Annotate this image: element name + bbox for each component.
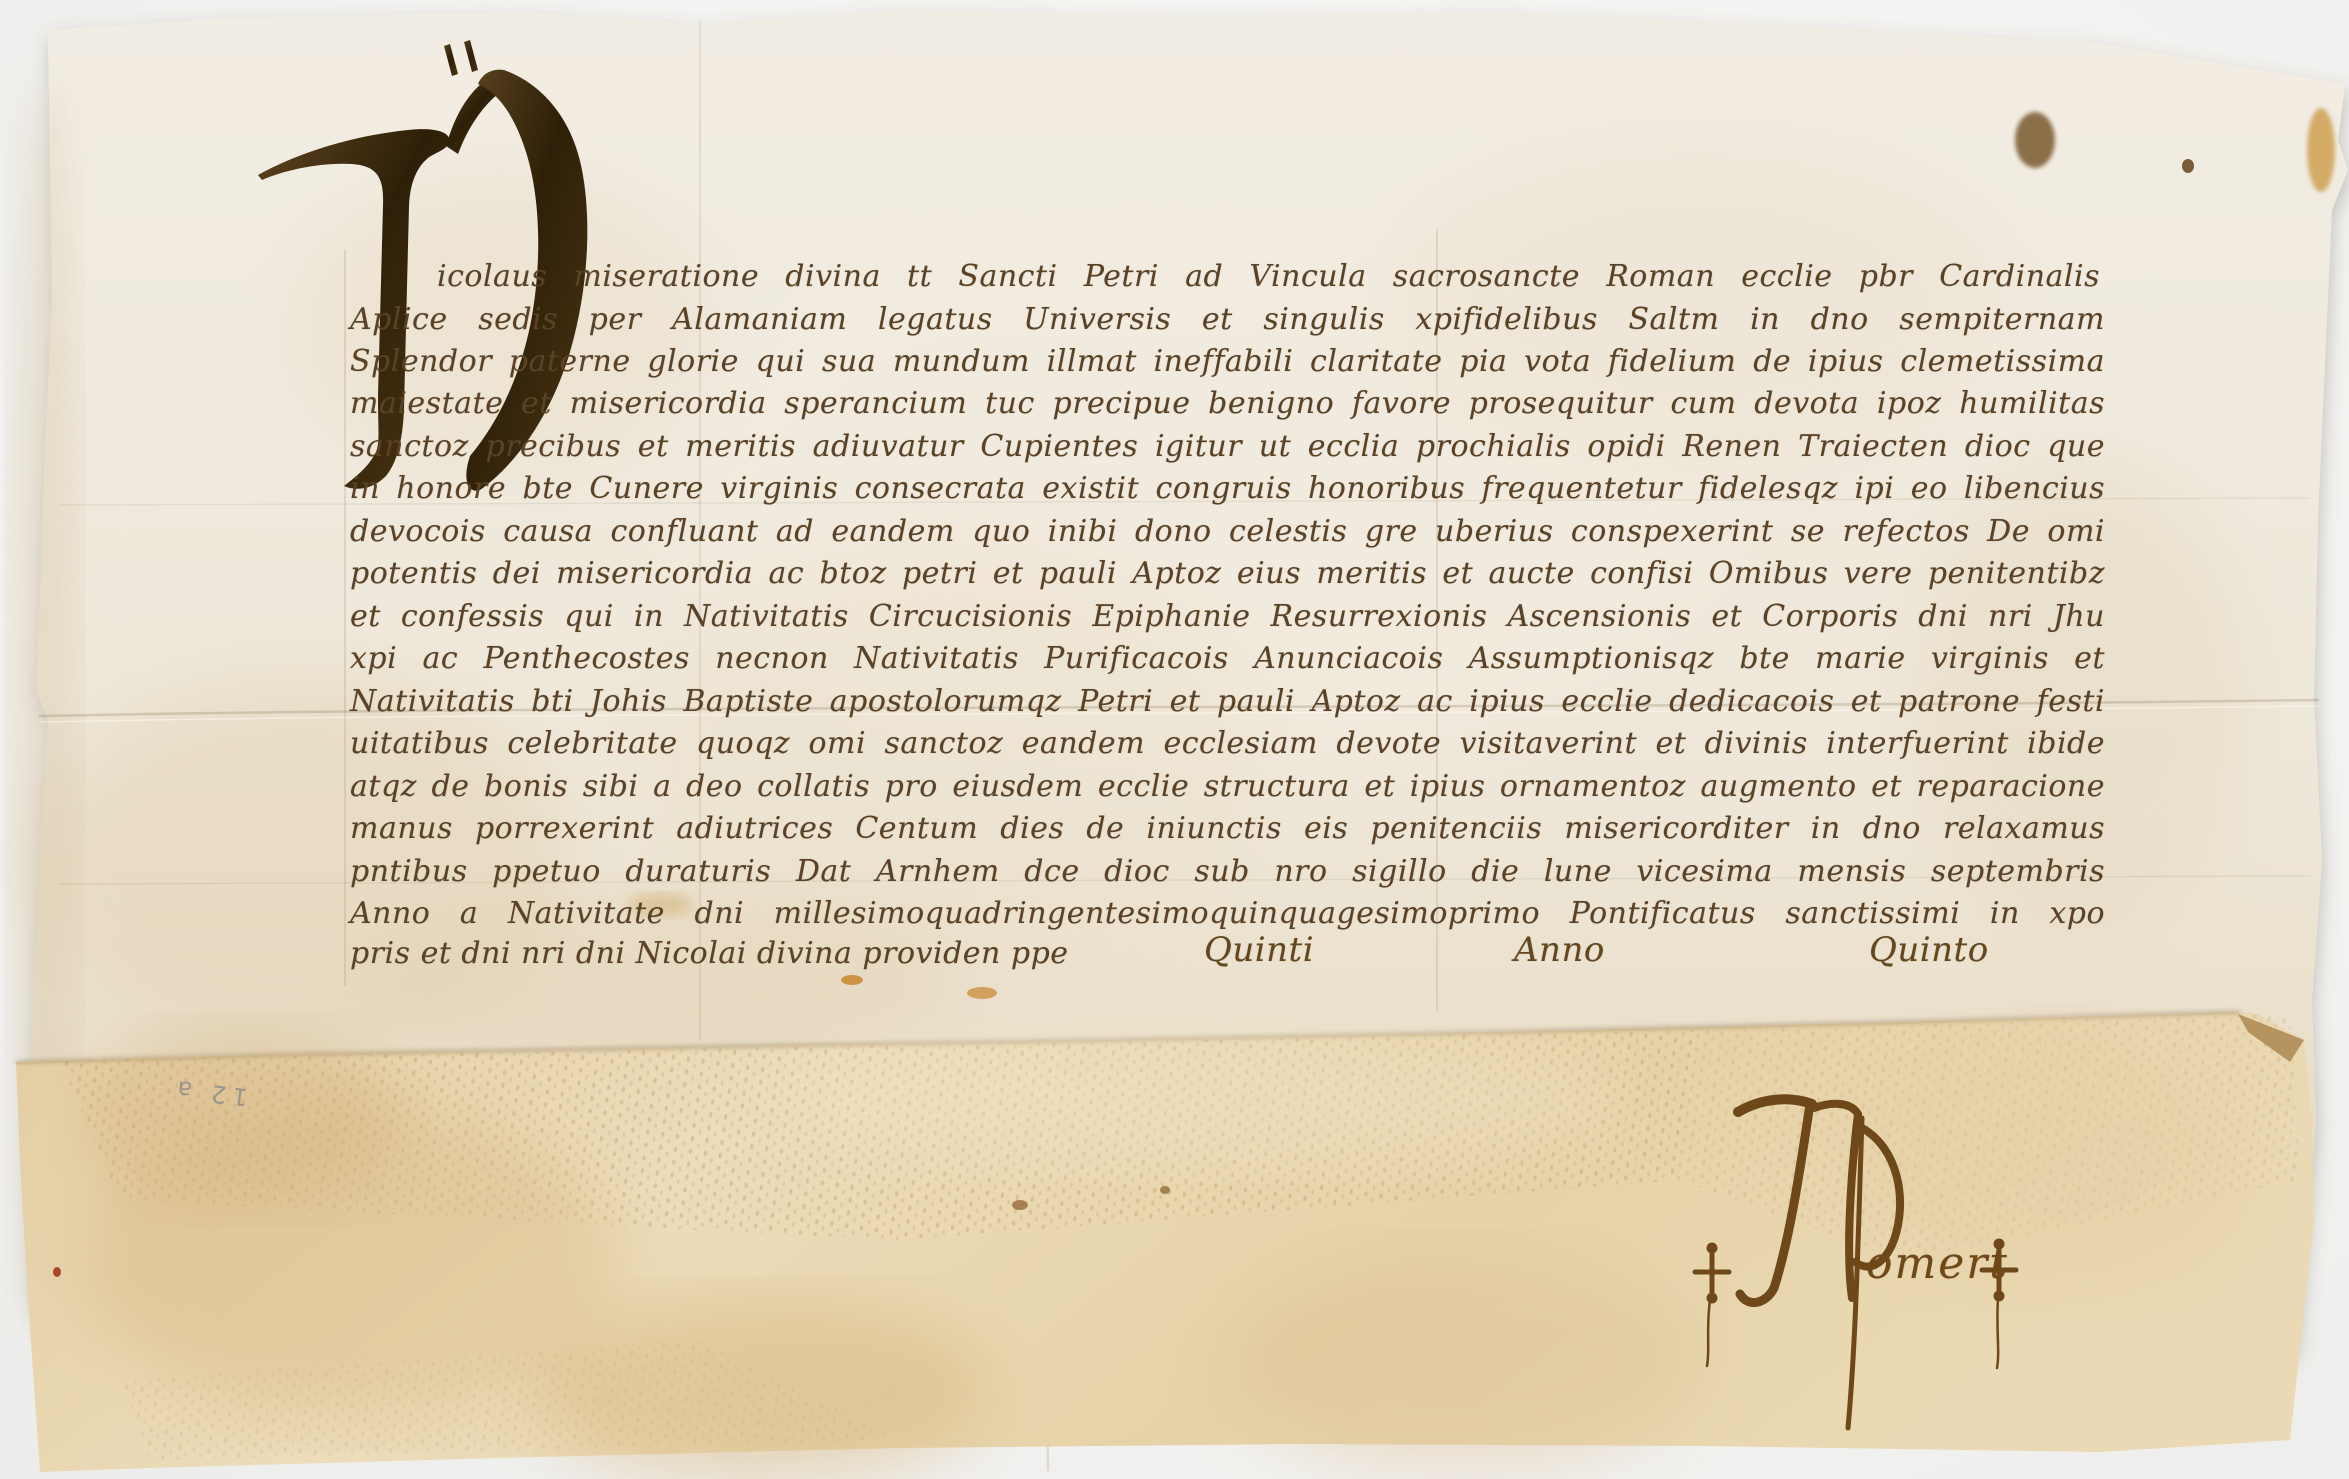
manuscript-line-6: in honore bte Cunere virginis consecrata… bbox=[350, 469, 2105, 511]
pencil-archival-note: 12 a bbox=[157, 1073, 250, 1112]
manuscript-text-block: icolaus miseratione divina tt Sancti Pet… bbox=[0, 0, 2349, 1479]
manuscript-line-4: maiestate et misericordia sperancium tuc… bbox=[350, 384, 2105, 426]
manuscript-line-14: manus porrexerint adiutrices Centum dies… bbox=[350, 809, 2105, 851]
closing-line-text: pris et dni nri dni Nicolai divina provi… bbox=[350, 934, 1069, 974]
closing-word-anno: Anno bbox=[1514, 930, 1605, 970]
manuscript-line-13: atqz de bonis sibi a deo collatis pro ei… bbox=[350, 767, 2105, 809]
manuscript-line-2: Aplice sedis per Alamaniam legatus Unive… bbox=[350, 300, 2105, 342]
manuscript-line-1: icolaus miseratione divina tt Sancti Pet… bbox=[437, 257, 2100, 299]
manuscript-line-10: xpi ac Penthecostes necnon Nativitatis P… bbox=[350, 639, 2105, 681]
signature-name: omert bbox=[1866, 1238, 2009, 1289]
manuscript-line-8: potentis dei misericordia ac btoz petri … bbox=[350, 554, 2105, 596]
manuscript-line-15: pntibus ppetuo duraturis Dat Arnhem dce … bbox=[350, 852, 2105, 894]
manuscript-line-7: devocois causa confluant ad eandem quo i… bbox=[350, 512, 2105, 554]
manuscript-line-5: sanctoz precibus et meritis adiuvatur Cu… bbox=[350, 427, 2105, 469]
closing-word-quinti: Quinti bbox=[1204, 930, 1314, 970]
manuscript-line-11: Nativitatis bti Johis Baptiste apostolor… bbox=[350, 682, 2105, 724]
closing-word-quinto: Quinto bbox=[1869, 930, 1989, 970]
manuscript-line-3: Splendor paterne glorie qui sua mundum i… bbox=[350, 342, 2105, 384]
manuscript-line-9: et confessis qui in Nativitatis Circucis… bbox=[350, 597, 2105, 639]
photograph-of-parchment-charter: icolaus miseratione divina tt Sancti Pet… bbox=[0, 0, 2349, 1479]
manuscript-line-12: uitatibus celebritate quoqz omi sanctoz … bbox=[350, 724, 2105, 766]
